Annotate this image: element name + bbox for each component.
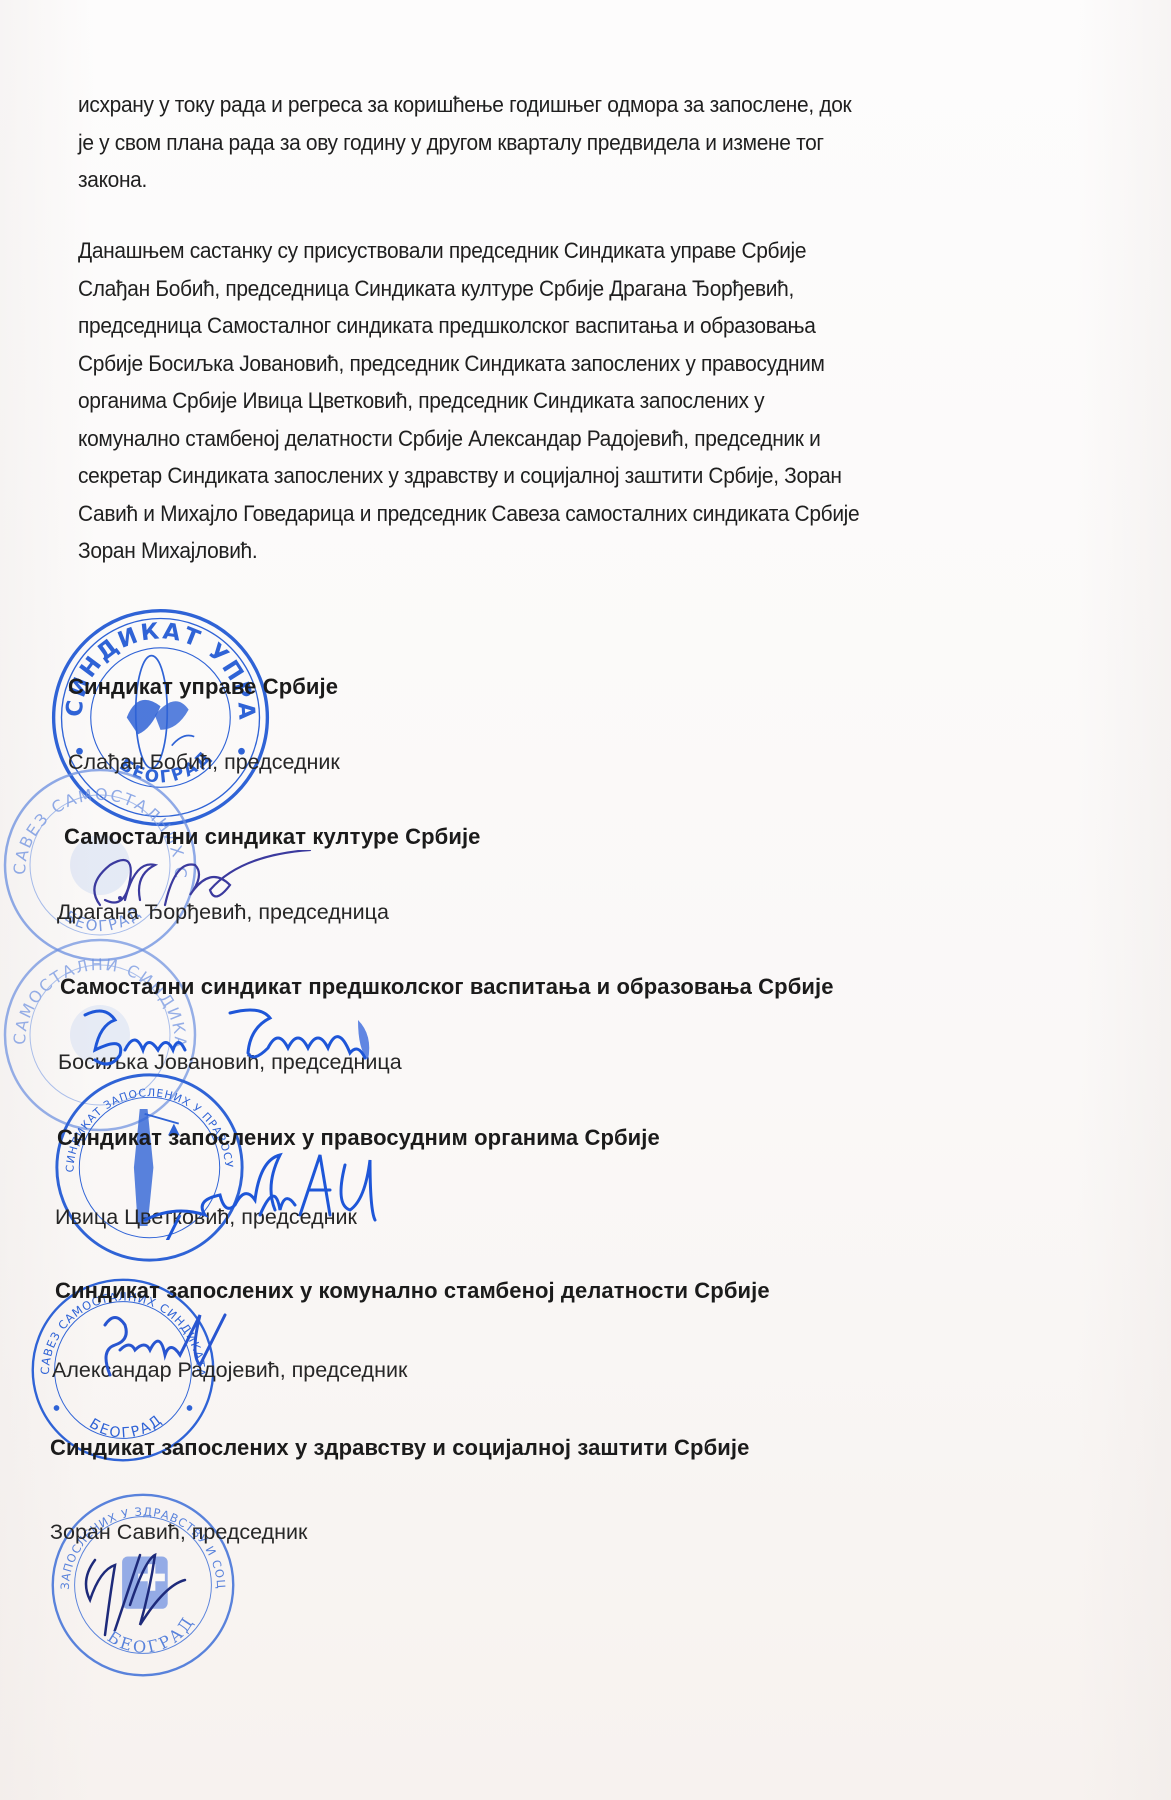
- paragraph-1: исхрану у току рада и регреса за коришће…: [78, 86, 1064, 199]
- text-line: Слађан Бобић, председница Синдиката култ…: [78, 270, 1064, 308]
- signatory-org-2: Самостални синдикат културе Србије: [64, 824, 481, 850]
- text-line: Савић и Михајло Говедарица и председник …: [78, 495, 1064, 533]
- text-line: органима Србије Ивица Цветковић, председ…: [78, 382, 1064, 420]
- text-line: Зоран Михајловић.: [78, 532, 1064, 570]
- signatory-org-6: Синдикат запослених у здравству и соција…: [50, 1435, 749, 1461]
- signature-ivica-icon: [140, 1145, 380, 1240]
- text-line: комунално стамбеној делатности Србије Ал…: [78, 420, 1064, 458]
- text-line: Србије Босиљка Јовановић, председник Син…: [78, 345, 1064, 383]
- signatory-org-3: Самостални синдикат предшколског васпита…: [60, 974, 834, 1000]
- text-line: председница Самосталног синдиката предшк…: [78, 307, 1064, 345]
- text-line: закона.: [78, 161, 1064, 199]
- text-line: Данашњем састанку су присуствовали предс…: [78, 232, 1064, 270]
- text-line: секретар Синдиката запослених у здравств…: [78, 457, 1064, 495]
- signature-aleksandar-icon: [90, 1310, 230, 1390]
- text-line: исхрану у току рада и регреса за коришће…: [78, 86, 1064, 124]
- signatory-org-1: Синдикат управе Србије: [68, 674, 338, 700]
- signature-bosiljka-icon: [80, 1005, 390, 1070]
- signatory-person-6: Зоран Савић, председник: [50, 1520, 307, 1545]
- text-line: је у свом плана рада за ову годину у дру…: [78, 124, 1064, 162]
- paragraph-2: Данашњем састанку су присуствовали предс…: [78, 232, 1064, 570]
- signature-dragana-icon: [80, 850, 320, 920]
- signature-zoran-icon: [70, 1550, 210, 1645]
- signatory-org-5: Синдикат запослених у комунално стамбено…: [55, 1278, 770, 1304]
- signatory-person-1: Слађан Бобић, председник: [68, 750, 340, 775]
